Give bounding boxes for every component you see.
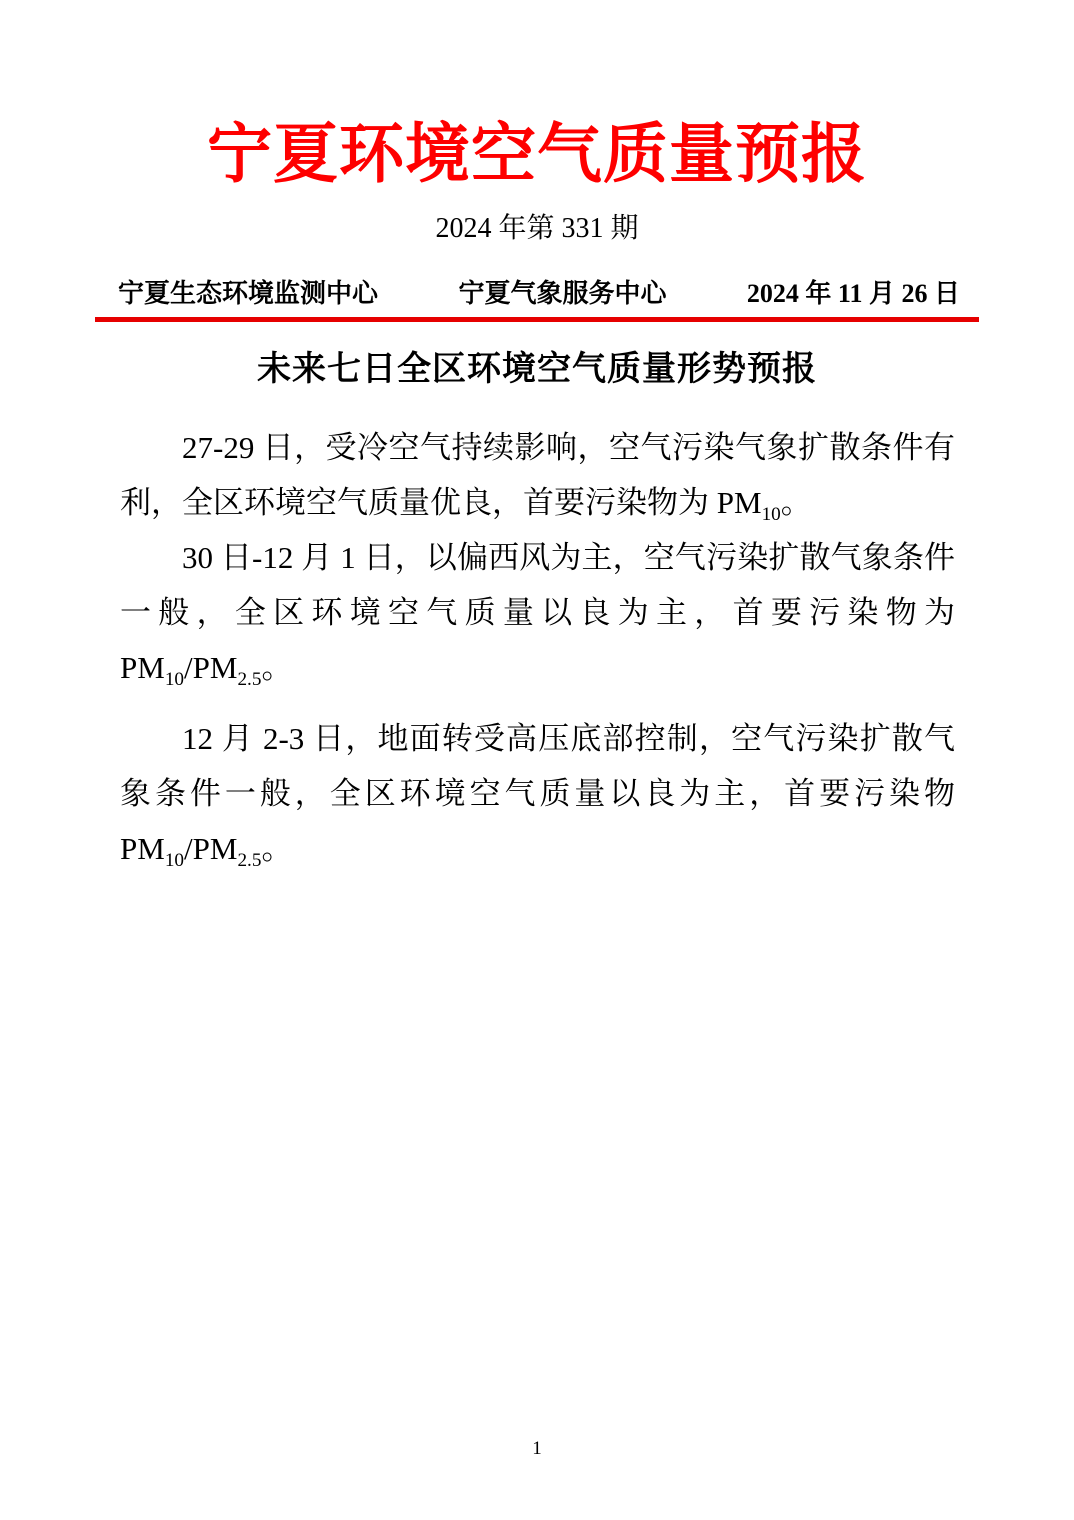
page-number: 1: [0, 1439, 1074, 1458]
body-paragraphs: 27-29 日，受冷空气持续影响，空气污染气象扩散条件有利，全区环境空气质量优良…: [0, 420, 1074, 876]
org-date-row: 宁夏生态环境监测中心 宁夏气象服务中心 2024 年 11 月 26 日: [0, 278, 1074, 309]
paragraph: 27-29 日，受冷空气持续影响，空气污染气象扩散条件有利，全区环境空气质量优良…: [120, 420, 955, 530]
issue-date: 2024 年 11 月 26 日: [747, 278, 960, 309]
section-heading: 未来七日全区环境空气质量形势预报: [0, 348, 1074, 392]
org-monitoring-center: 宁夏生态环境监测中心: [118, 278, 378, 309]
document-page: 宁夏环境空气质量预报 2024 年第 331 期 宁夏生态环境监测中心 宁夏气象…: [0, 0, 1074, 1520]
issue-line: 2024 年第 331 期: [0, 212, 1074, 246]
paragraph: 30 日-12 月 1 日，以偏西风为主，空气污染扩散气象条件一般，全区环境空气…: [120, 530, 955, 695]
org-weather-center: 宁夏气象服务中心: [458, 278, 666, 309]
paragraph: 12 月 2-3 日，地面转受高压底部控制，空气污染扩散气象条件一般，全区环境空…: [120, 711, 955, 876]
divider-rule: [95, 317, 979, 322]
document-title: 宁夏环境空气质量预报: [0, 116, 1074, 194]
